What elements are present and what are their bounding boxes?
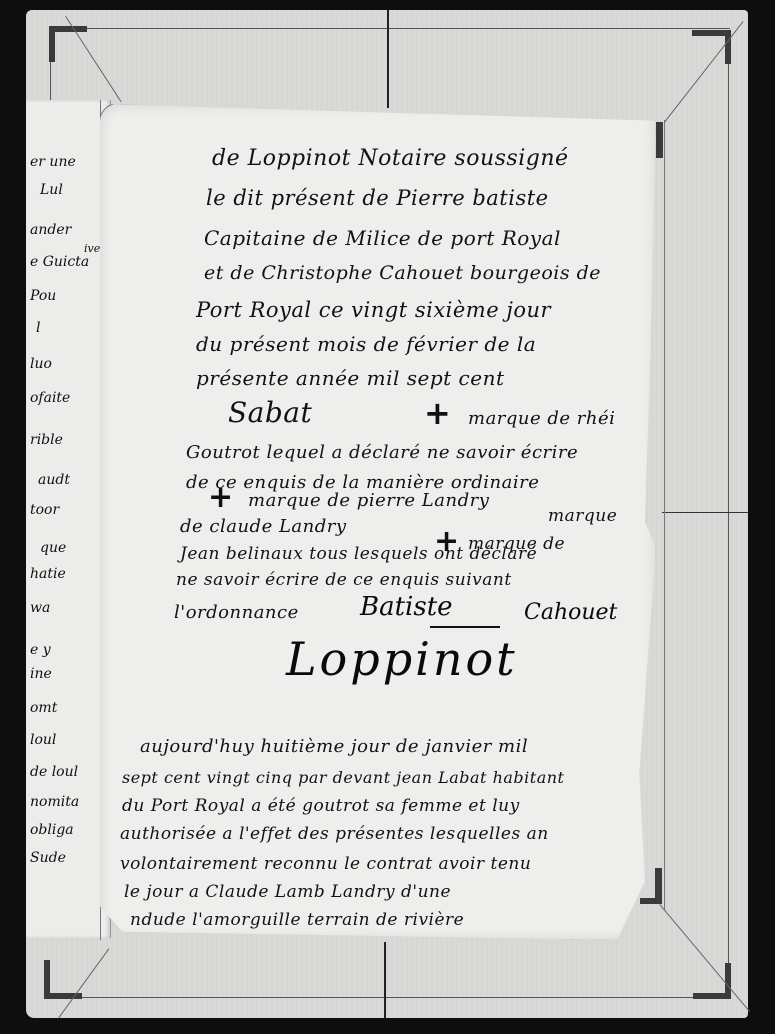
margin-fragment: Sude — [30, 850, 66, 866]
text-line: et de Christophe Cahouet bourgeois de — [204, 262, 601, 284]
signature-cahouet: Cahouet — [524, 600, 617, 625]
margin-fragment: ine — [30, 666, 52, 682]
signature-batiste: Batiste — [360, 592, 453, 622]
margin-fragment: omt — [30, 700, 57, 716]
signature-sabat: Sabat — [228, 396, 312, 429]
corner-mark-bottom-right-h — [693, 993, 731, 999]
margin-fragment: ander — [30, 222, 71, 238]
text-line: présente année mil sept cent — [196, 366, 505, 390]
cross-mark: + — [208, 480, 233, 515]
text-line: marque de pierre Landry — [248, 490, 489, 511]
margin-fragment: e y — [30, 642, 51, 658]
text-line: Port Royal ce vingt sixième jour — [196, 298, 551, 322]
text-line: ne savoir écrire de ce enquis suivant — [176, 570, 512, 590]
cross-mark: + — [424, 394, 451, 432]
frame-right-mid-line — [662, 512, 748, 513]
frame-top-line — [50, 28, 730, 29]
text-line: marque de rhéi — [468, 408, 615, 429]
margin-fragment: loul — [30, 732, 56, 748]
margin-fragment: toor — [30, 502, 59, 518]
text-line: sept cent vingt cinq par devant jean Lab… — [122, 768, 564, 787]
margin-fragment: audt — [38, 472, 70, 488]
margin-fragment: nomita — [30, 794, 79, 810]
text-line: volontairement reconnu le contrat avoir … — [120, 854, 531, 874]
signature-loppinot: Loppinot — [286, 632, 518, 686]
text-line: Goutrot lequel a déclaré ne savoir écrir… — [186, 442, 578, 463]
margin-fragment: e Guicta — [30, 254, 89, 270]
frame-right-line — [728, 30, 729, 997]
margin-fragment: luo — [30, 356, 52, 372]
margin-fragment: Lul — [40, 182, 63, 198]
text-line: marque — [548, 506, 617, 526]
margin-fragment: l — [36, 320, 40, 336]
text-line: ndude l'amorguille terrain de rivière — [130, 910, 464, 930]
frame-center-bottom-line — [384, 942, 386, 1018]
corner-mark-inner-top-right — [656, 122, 663, 158]
margin-fragment: que — [40, 540, 66, 556]
text-line: l'ordonnance — [174, 602, 299, 623]
frame-bottom-line — [46, 997, 730, 998]
text-line: de Loppinot Notaire soussigné — [212, 146, 569, 171]
underlying-sheet-left: er une Lul ander ive e Guicta Pou l luo … — [26, 100, 111, 938]
text-line: du Port Royal a été goutrot sa femme et … — [122, 796, 520, 816]
margin-fragment: obliga — [30, 822, 74, 838]
margin-fragment: ofaite — [30, 390, 70, 406]
signature-underline — [430, 626, 500, 628]
margin-fragment: de loul — [30, 764, 78, 780]
margin-fragment: er une — [30, 154, 76, 170]
margin-fragment: wa — [30, 600, 50, 616]
text-line: le jour a Claude Lamb Landry d'une — [124, 882, 451, 902]
text-line: le dit présent de Pierre batiste — [206, 186, 549, 210]
margin-fragment: Pou — [30, 288, 56, 304]
corner-mark-inner-bottom-right-h — [640, 898, 662, 904]
corner-mark-top-right-v — [725, 30, 731, 64]
corner-mark-top-left-v — [49, 26, 55, 62]
margin-fragment: rible — [30, 432, 63, 448]
text-line: Capitaine de Milice de port Royal — [204, 226, 561, 250]
text-line: de claude Landry — [180, 516, 347, 537]
text-line: aujourd'huy huitième jour de janvier mil — [140, 736, 528, 757]
text-line: Jean belinaux tous lesquels ont déclaré — [180, 544, 537, 564]
text-line: authorisée a l'effet des présentes lesqu… — [120, 824, 549, 844]
frame-inner-right-line — [664, 120, 665, 910]
text-line: du présent mois de février de la — [196, 332, 536, 356]
main-document-page: de Loppinot Notaire soussigné le dit pré… — [100, 104, 656, 940]
margin-fragment: hatie — [30, 566, 66, 582]
frame-center-top-line — [387, 10, 389, 108]
